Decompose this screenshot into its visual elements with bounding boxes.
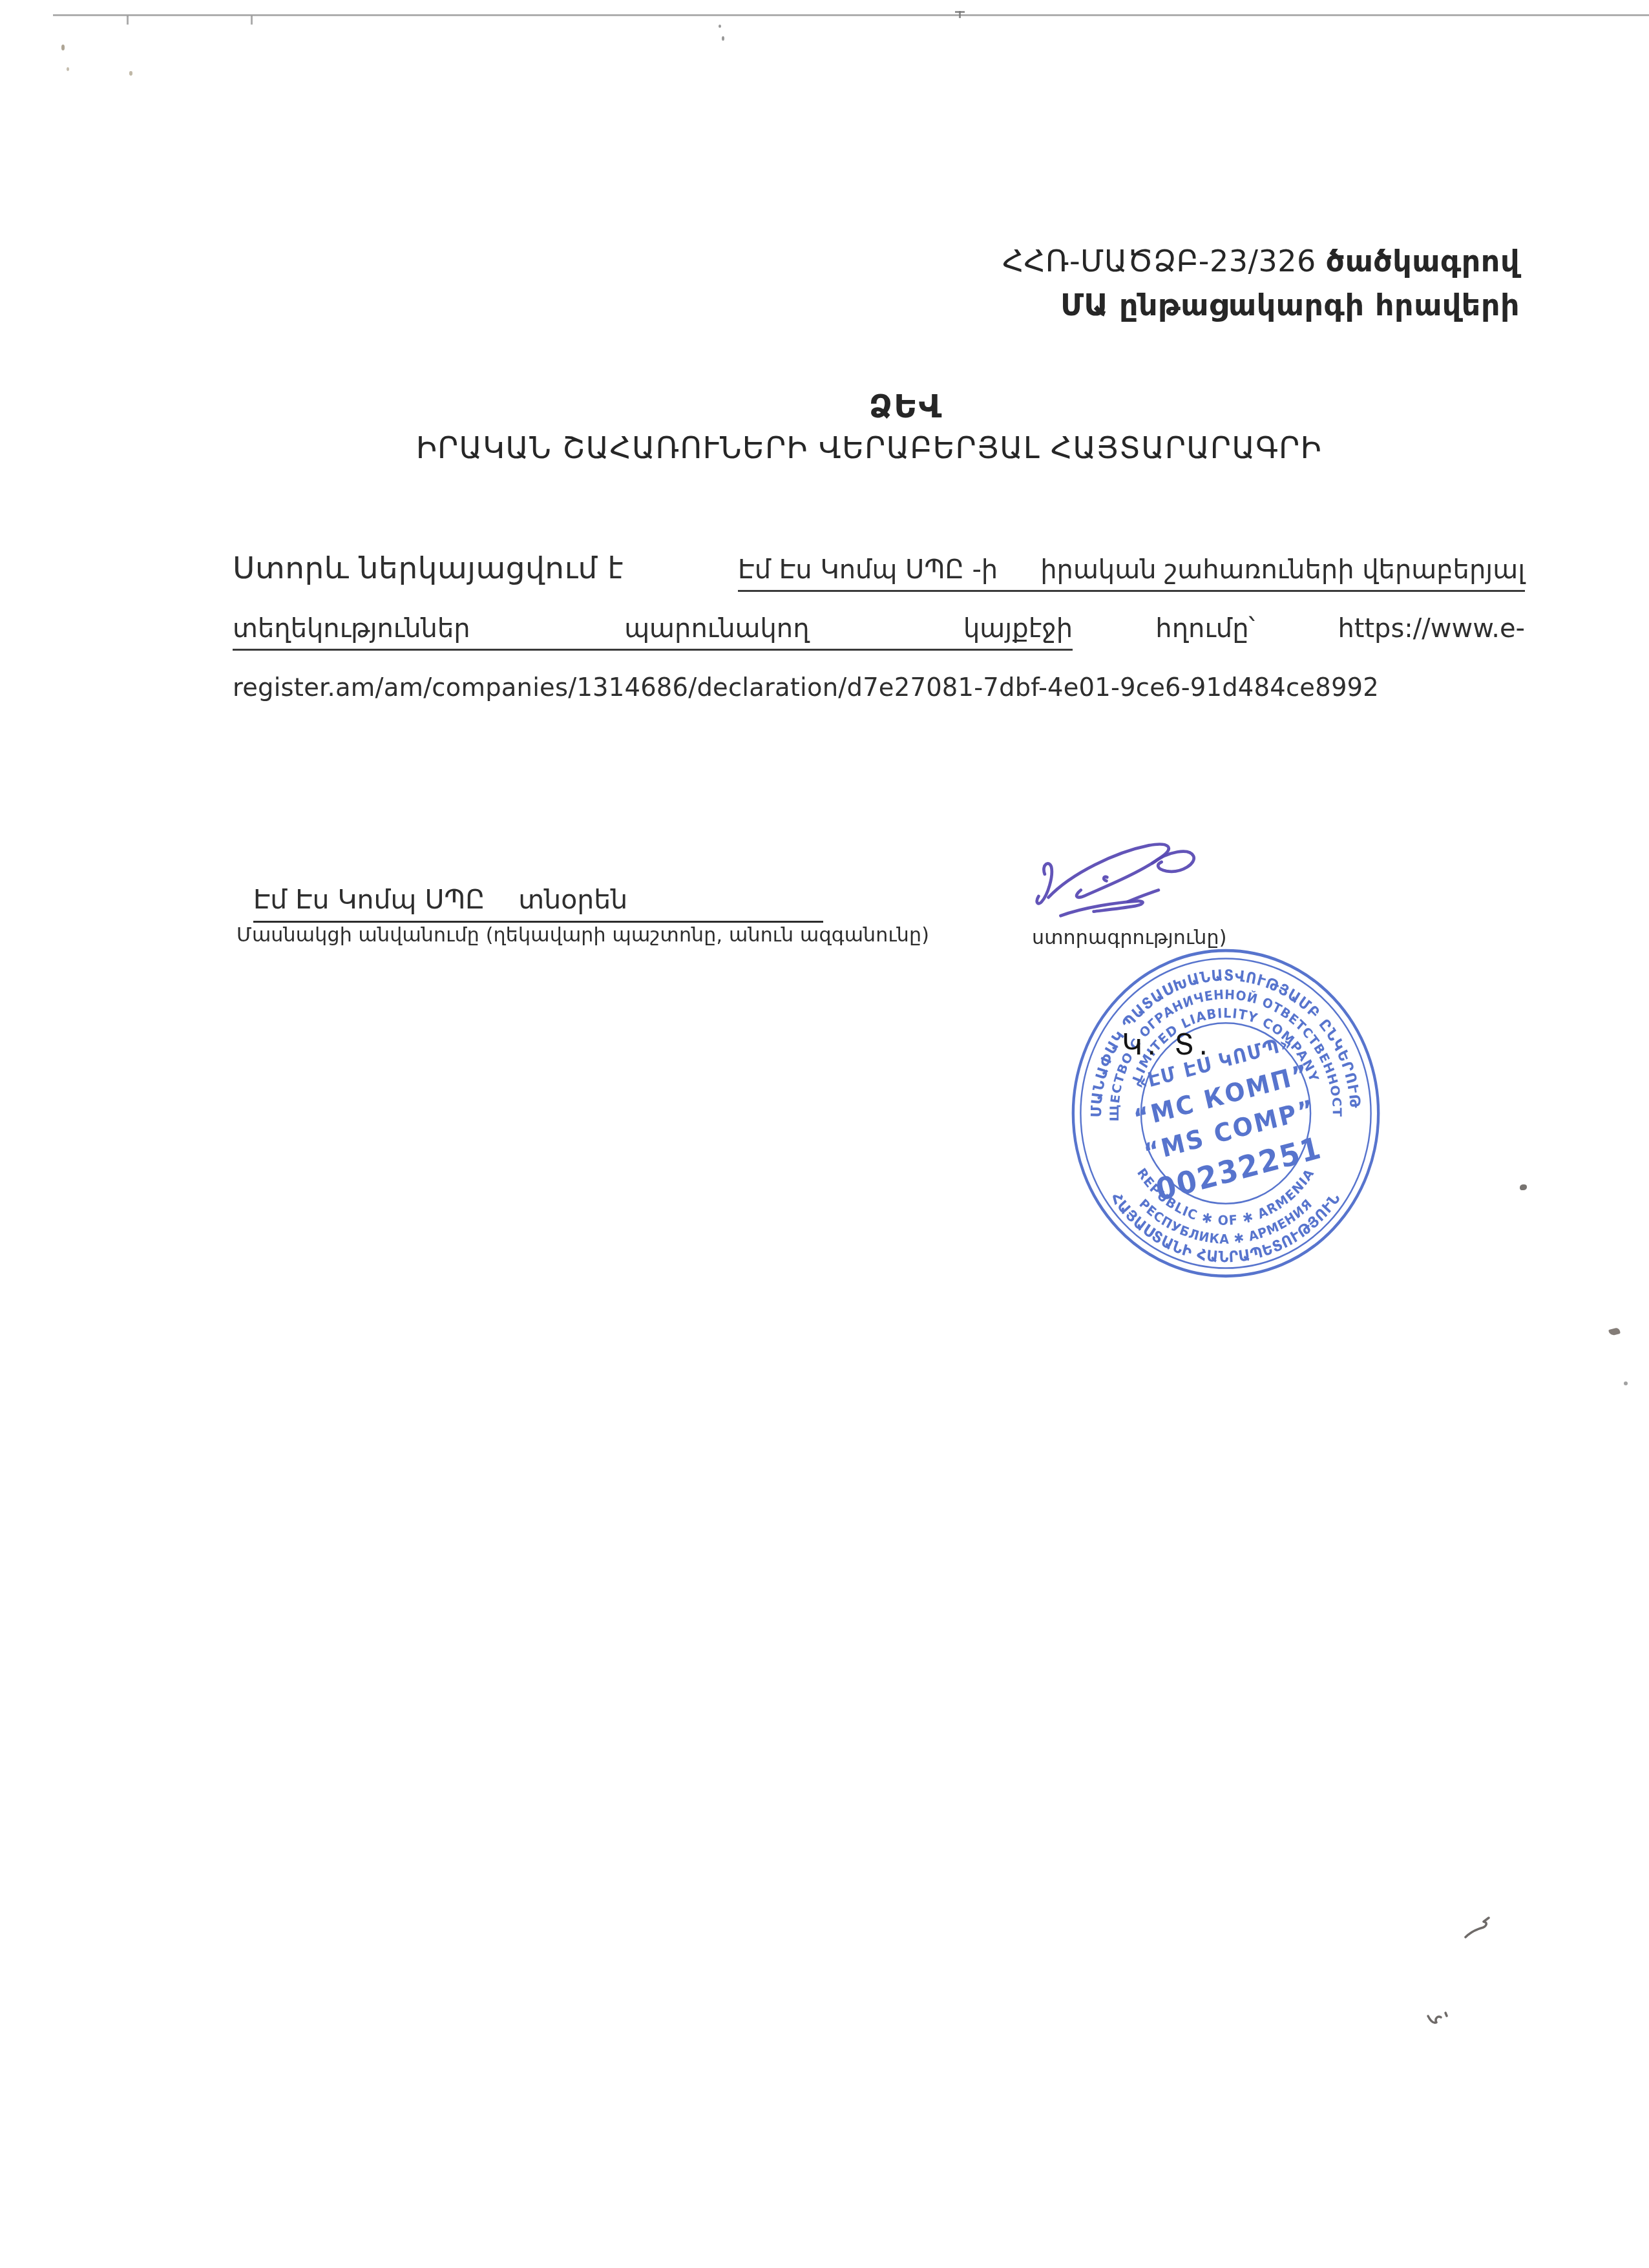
ink-squiggle — [1462, 1914, 1494, 1946]
underlined-phrase-rest: իրական շահառուների վերաբերյալ — [998, 555, 1525, 585]
company-round-stamp: ՍԱՀՄԱՆԱՓԱԿ ՊԱՏԱՍԽԱՆԱՏՎՈՒԹՅԱՄԲ ԸՆԿԵՐՈՒԹՅՈ… — [1070, 947, 1381, 1279]
scan-speck — [129, 71, 132, 76]
document-title: ԻՐԱԿԱՆ ՇԱՀԱՌՈՒՆԵՐԻ ՎԵՐԱԲԵՐՅԱԼ ՀԱՅՏԱՐԱՐԱԳ… — [207, 430, 1531, 465]
participant-caption: Մասնակցի անվանումը (ղեկավարի պաշտոնը, ան… — [236, 924, 929, 947]
ink-squiggle — [1425, 2010, 1455, 2034]
handwritten-signature — [1029, 839, 1217, 930]
word-containing: պարունակող — [624, 614, 809, 644]
ink-speck — [1520, 1184, 1527, 1190]
scan-speck — [719, 25, 721, 28]
scan-speck — [67, 67, 69, 71]
scan-speck — [955, 11, 965, 13]
word-information: տեղեկություններ — [233, 614, 470, 644]
underlined-company-phrase: Էմ Էս Կոմպ ՍՊԸ -իիրական շահառուների վերա… — [738, 555, 1525, 592]
scan-speck — [127, 16, 129, 25]
body-line-2: տեղեկություններ պարունակող կայքէջի հղում… — [233, 614, 1525, 651]
scan-edge-line — [53, 14, 1649, 16]
ink-speck — [1624, 1381, 1628, 1385]
scan-speck — [251, 16, 253, 25]
body-lead-text: Ստորև ներկայացվում է — [233, 551, 624, 586]
participant-company: Էմ Էս Կոմպ ՍՊԸ — [253, 884, 485, 915]
body-line-1: Ստորև ներկայացվում է Էմ Էս Կոմպ ՍՊԸ -իիր… — [233, 551, 1525, 592]
header-reference-line2: ՄԱ ընթացակարգի հրավերի — [1002, 283, 1520, 327]
scan-speck — [61, 45, 65, 50]
ink-speck — [1608, 1327, 1621, 1336]
seal-place-mark: Կ. Տ. — [1122, 1029, 1212, 1062]
form-label: ՁԵՎ — [518, 388, 1294, 425]
header-reference: ՀՀՌ-ՄԱԾՁԲ-23/326 ծածկագրով ՄԱ ընթացակարգ… — [1002, 239, 1520, 327]
company-name-inline: Էմ Էս Կոմպ ՍՊԸ -ի — [738, 555, 998, 585]
word-link-label: հղումը՝ — [1155, 614, 1255, 644]
scan-speck — [722, 36, 724, 41]
url-part-2: register.am/am/companies/1314686/declara… — [233, 673, 1379, 702]
participant-name-line: Էմ Էս Կոմպ ՍՊԸտնօրեն — [253, 884, 823, 923]
signature-caption: ստորագրությունը) — [1032, 927, 1227, 949]
header-reference-line1: ՀՀՌ-ՄԱԾՁԲ-23/326 ծածկագրով — [1002, 239, 1520, 283]
procurement-code: ՀՀՌ-ՄԱԾՁԲ-23/326 — [1002, 244, 1316, 278]
word-webpage: կայքէջի — [963, 614, 1073, 644]
url-part-1: https://www.e- — [1338, 614, 1525, 644]
procurement-code-suffix: ծածկագրով — [1326, 244, 1520, 278]
participant-role: տնօրեն — [518, 884, 627, 915]
document-page: ՀՀՌ-ՄԱԾՁԲ-23/326 ծածկագրով ՄԱ ընթացակարգ… — [0, 0, 1649, 2268]
underlined-phrase-2: տեղեկություններ պարունակող կայքէջի — [233, 614, 1073, 651]
